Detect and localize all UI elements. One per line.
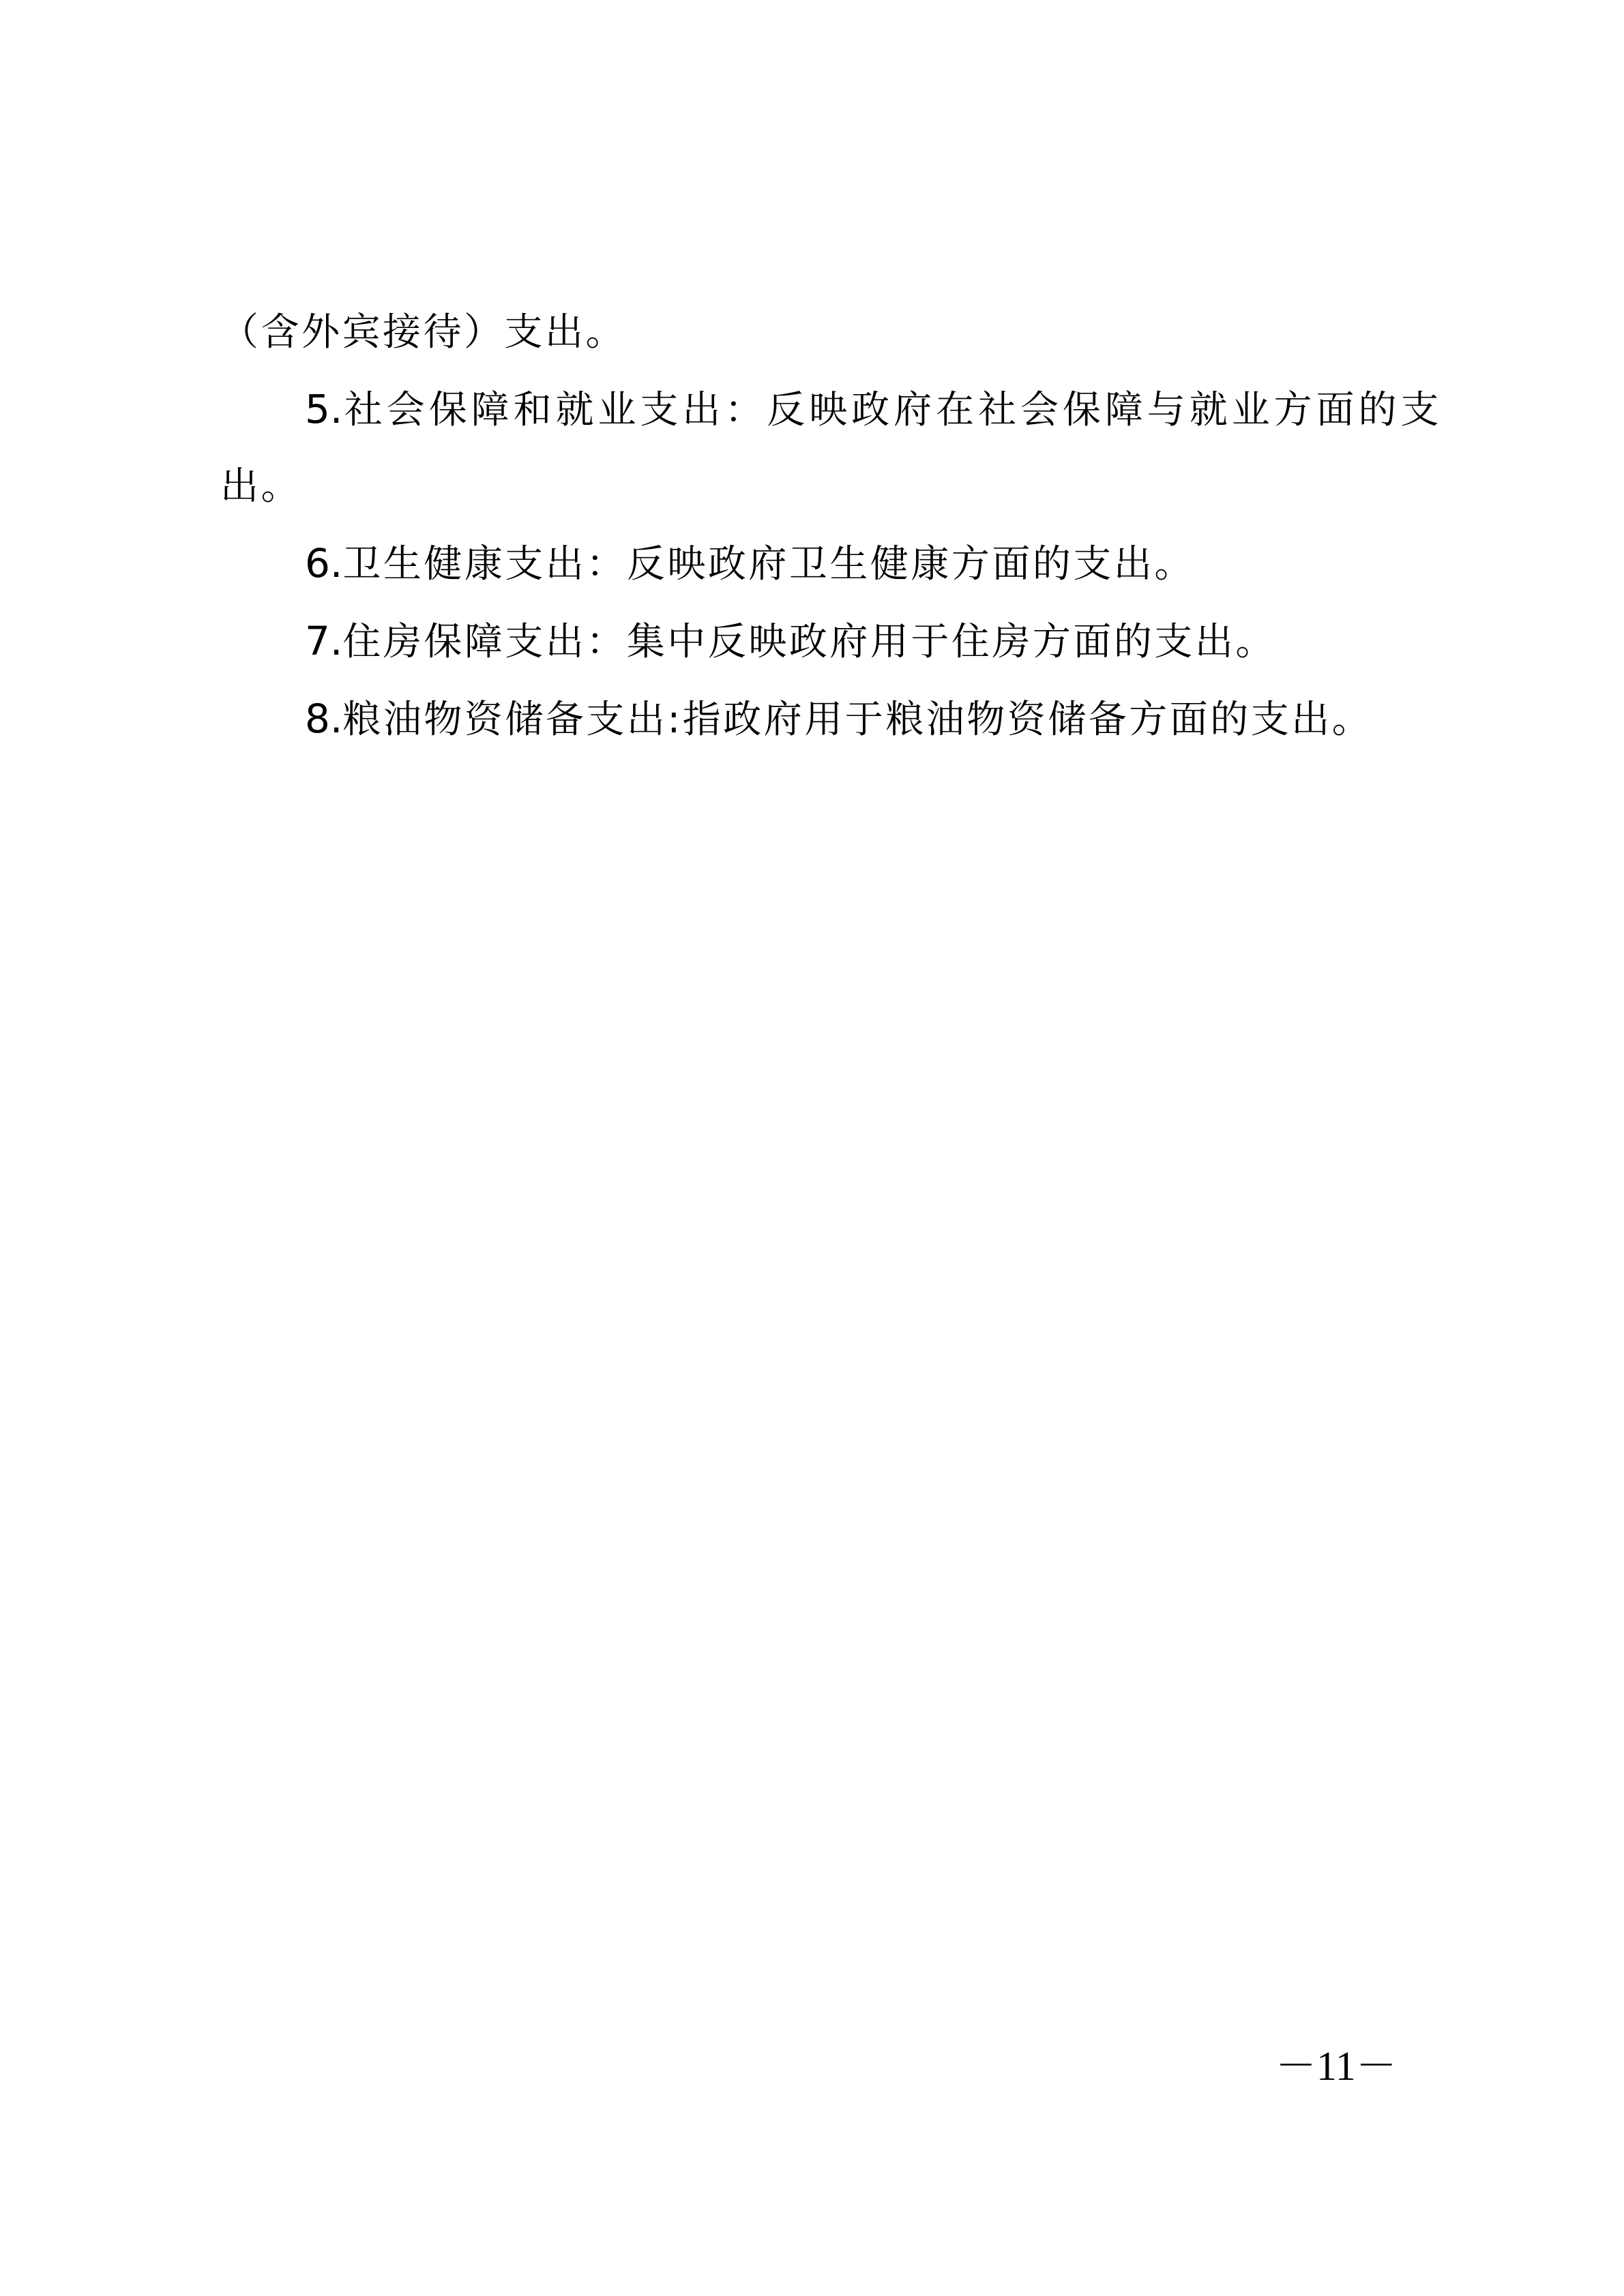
paragraph-continuation: （含外宾接待）支出。 [220,295,1441,371]
paragraph-text: 粮油物资储备支出:指政府用于粮油物资储备方面的支出。 [342,698,1372,742]
paragraph-item-6: 6.卫生健康支出：反映政府卫生健康方面的支出。 [220,525,1441,603]
item-number: 8. [305,696,342,742]
paragraph-text: 住房保障支出：集中反映政府用于住房方面的支出。 [342,620,1276,664]
paragraph-text: 卫生健康支出：反映政府卫生健康方面的支出。 [342,542,1195,586]
paragraph-item-7: 7.住房保障支出：集中反映政府用于住房方面的支出。 [220,603,1441,681]
document-body: （含外宾接待）支出。 5.社会保障和就业支出：反映政府在社会保障与就业方面的支出… [220,295,1441,758]
document-page: （含外宾接待）支出。 5.社会保障和就业支出：反映政府在社会保障与就业方面的支出… [0,0,1624,2296]
paragraph-item-8: 8.粮油物资储备支出:指政府用于粮油物资储备方面的支出。 [220,681,1441,758]
paragraph-item-5: 5.社会保障和就业支出：反映政府在社会保障与就业方面的支出。 [220,371,1441,525]
item-number: 6. [305,540,342,586]
page-number: －11－ [1275,2042,1385,2090]
paragraph-text: （含外宾接待）支出。 [220,310,626,355]
item-number: 5. [305,386,342,432]
item-number: 7. [305,618,342,664]
paragraph-text: 社会保障和就业支出：反映政府在社会保障与就业方面的支出。 [220,388,1441,509]
